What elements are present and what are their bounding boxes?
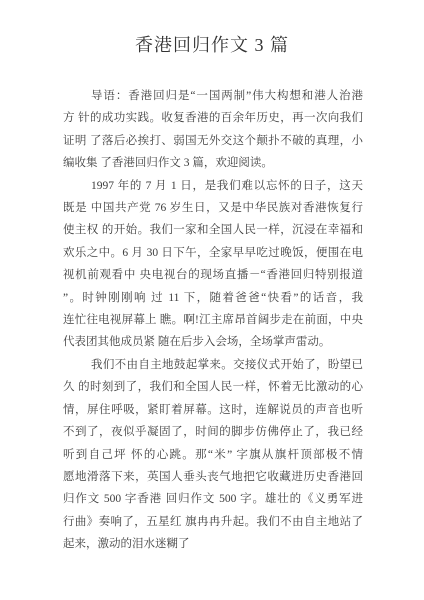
- text-line: 视机前观看中 央电视台的现场直播－“香港回归特别报道: [63, 264, 363, 286]
- text-line: 编收集 了香港回归作文 3 篇，欢迎阅读。: [63, 152, 363, 174]
- text-line: 归作文 500 字香港 回归作文 500 字。雄壮的《义勇军进: [63, 488, 363, 510]
- text-line: 不到了，夜似乎凝固了，时间的脚步仿佛停止了，我已经: [63, 421, 363, 443]
- text-line: 久 的时刻到了，我们和全国人民一样，怀着无比激动的心: [63, 376, 363, 398]
- text-line: 既是 中国共产党 76 岁生日，又是中华民族对香港恢复行: [63, 197, 363, 219]
- document-body: 导语：香港回归是“一国两制”伟大构想和港人治港 方 针的成功实践。收复香港的百余…: [63, 85, 363, 556]
- text-line: ”。时钟刚刚响 过 11 下，随着爸爸“快看”的话音，我: [63, 287, 363, 309]
- text-line: 方 针的成功实践。收复香港的百余年历史，再一次向我们: [63, 107, 363, 129]
- text-line: 代表团其他成员紧 随在后步入会场，全场掌声雷动。: [63, 331, 363, 353]
- text-line: 使主权 的开始。我们一家和全国人民一样，沉浸在幸福和: [63, 219, 363, 241]
- text-line: 欢乐之中。6 月 30 日下午，全家早早吃过晚饭，便围在电: [63, 242, 363, 264]
- text-line: 连忙往电视屏幕上 瞧。啊!江主席昂首阔步走在前面，中央: [63, 309, 363, 331]
- text-line: 行曲》奏响了，五星红 旗冉冉升起。我们不由自主地站了: [63, 511, 363, 533]
- text-line: 我们不由自主地鼓起掌来。交接仪式开始了，盼望已: [63, 354, 363, 376]
- text-line: 愿地滑落下来，英国人垂头丧气地把它收藏进历史香港回: [63, 466, 363, 488]
- document-page: 香港回归作文 3 篇 导语：香港回归是“一国两制”伟大构想和港人治港 方 针的成…: [0, 0, 424, 600]
- text-line: 情，屏住呼吸，紧盯着屏幕。这时，连解说员的声音也听: [63, 399, 363, 421]
- document-title: 香港回归作文 3 篇: [0, 32, 424, 58]
- text-line: 导语：香港回归是“一国两制”伟大构想和港人治港: [63, 85, 363, 107]
- text-line: 1997 年的 7 月 1 日，是我们难以忘怀的日子，这天: [63, 175, 363, 197]
- text-line: 听到自己坪 怀的心跳。那“米” 字旗从旗杆顶部极不情: [63, 444, 363, 466]
- text-line: 证明 了落后必挨打、弱国无外交这个颠扑不破的真理，小: [63, 130, 363, 152]
- text-line: 起来，激动的泪水迷糊了: [63, 533, 363, 555]
